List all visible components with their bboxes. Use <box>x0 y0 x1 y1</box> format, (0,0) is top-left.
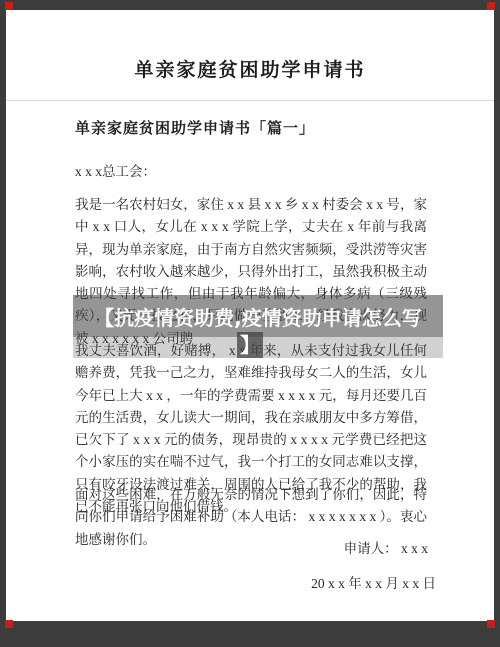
salutation: x x x总工会： <box>75 160 156 180</box>
section-heading: 单亲家庭贫困助学申请书「篇一」 <box>75 117 315 138</box>
title-divider <box>6 100 494 101</box>
watermark-overlay-band: 【抗疫情资助费,疫情资助申请怎么写 <box>73 295 443 337</box>
corner-mark-bottom-left <box>5 620 13 628</box>
corner-mark-top-right <box>487 2 495 10</box>
watermark-text: 【抗疫情资助费,疫情资助申请怎么写 <box>94 302 422 331</box>
signature-line: 申请人： x x x <box>344 537 428 557</box>
document-page: 单亲家庭贫困助学申请书 单亲家庭贫困助学申请书「篇一」 x x x总工会： 我是… <box>6 10 494 621</box>
corner-mark-bottom-right <box>487 620 495 628</box>
date-line: 20 x x 年 x x 月 x x 日 <box>311 572 436 592</box>
corner-mark-top-left <box>5 2 13 10</box>
watermark-closing-bracket: 】 <box>237 332 263 358</box>
document-title: 单亲家庭贫困助学申请书 <box>6 55 494 82</box>
